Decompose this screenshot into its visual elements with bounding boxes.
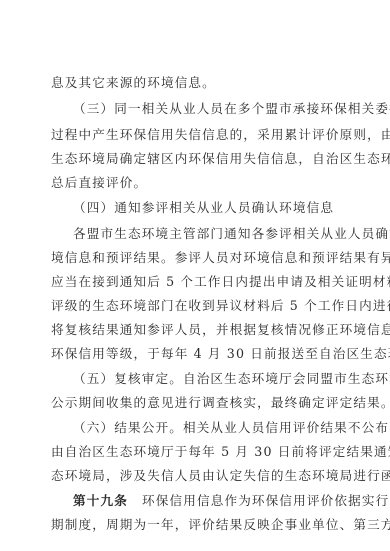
text-line: 将复核结果通知参评人员，并根据复核情况修正环境信息，拟定	[51, 321, 341, 338]
article-line: 第十九条环保信用信息作为环保信用评价依据实行有效	[73, 492, 341, 509]
text-line: 过程中产生环保信用失信信息的，采用累计评价原则，由各盟市	[51, 126, 341, 143]
text-line: 息及其它来源的环境信息。	[51, 74, 341, 91]
text-line: 生态环境局确定辖区内环保信用失信信息，自治区生态环境厅汇	[51, 150, 341, 167]
text-line: 由自治区生态环境厅于每年 5 月 30 日前将评定结果通知相关生	[51, 443, 341, 460]
text-line: （三）同一相关从业人员在多个盟市承接环保相关委托服务	[73, 100, 341, 117]
text-line: （六）结果公开。相关从业人员信用评价结果不公布不公示，	[73, 419, 341, 436]
text-line: 环保信用信息作为环保信用评价依据实行有效	[142, 493, 390, 508]
text-line: 评级的生态环境部门在收到异议材料后 5 个工作日内进行复核，	[51, 297, 341, 314]
text-line: 境信息和预评结果。参评人员对环境信息和预评结果有异议的，	[51, 249, 341, 266]
article-heading: 第十九条	[73, 493, 128, 508]
text-line: 态环境局，涉及失信人员由认定失信的生态环境局进行函告。	[51, 467, 341, 484]
text-line: 环保信用等级，于每年 4 月 30 日前报送至自治区生态环境厅。	[51, 345, 341, 362]
text-line: （五）复核审定。自治区生态环境厅会同盟市生态环境局对	[73, 370, 341, 387]
text-line: 各盟市生态环境主管部门通知各参评相关从业人员确认环	[73, 225, 341, 242]
document-page: 息及其它来源的环境信息。 （三）同一相关从业人员在多个盟市承接环保相关委托服务 …	[0, 0, 390, 551]
text-line: 公示期间收集的意见进行调查核实，最终确定评定结果。	[51, 394, 341, 411]
text-line: 期制度，周期为一年，评价结果反映企事业单位、第三方服务机	[51, 516, 341, 533]
section-heading: （四）通知参评相关从业人员确认环境信息	[73, 199, 341, 216]
text-line: 应当在接到通知后 5 个工作日内提出申请及相关证明材料。负责	[51, 273, 341, 290]
text-line: 总后直接评价。	[51, 174, 341, 191]
